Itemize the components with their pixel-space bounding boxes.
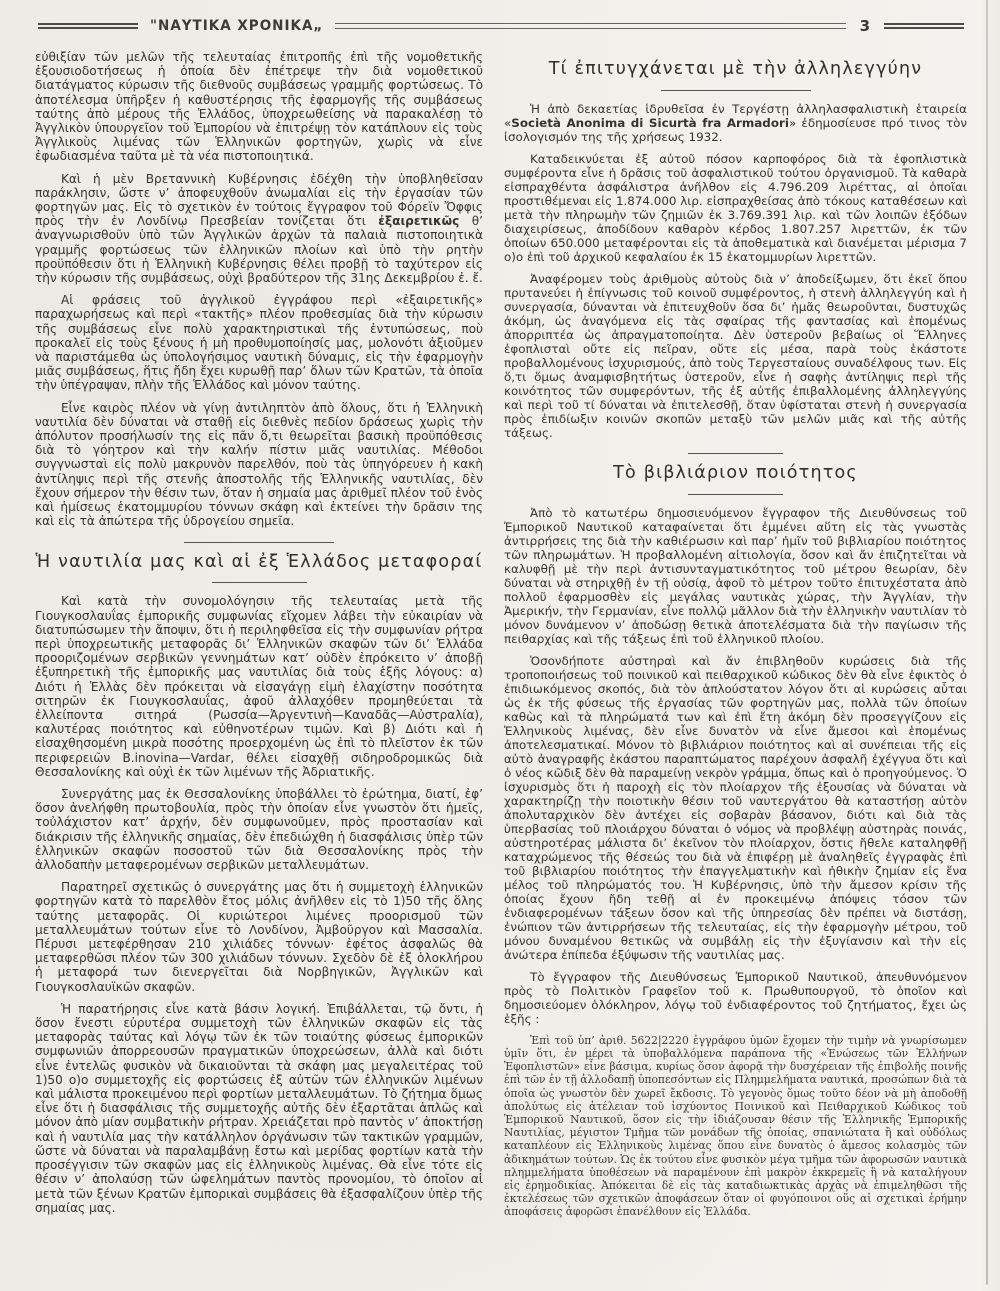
- title-rule-bottom: [212, 582, 307, 583]
- title-rule-bottom: [661, 90, 811, 91]
- paragraph: Τὸ ἔγγραφον τῆς Διευθύνσεως Ἐμπορικοῦ Να…: [504, 970, 967, 1026]
- paragraph: Ἡ παρατήρησις εἶνε κατὰ βάσιν λογική. Ἐπ…: [35, 1002, 483, 1215]
- paragraph: Καὶ κατὰ τὴν συνομολόγησιν τῆς τελευταία…: [35, 594, 483, 779]
- quoted-document: Ἐπὶ τοῦ ὑπ’ ἀριθ. 5622|2220 ἐγγράφου ὑμῶ…: [504, 1034, 967, 1219]
- title-rule-bottom: [688, 494, 783, 495]
- page-header: "ΝΑΥΤΙΚΑ ΧΡΟΝΙΚΑ„ 3: [38, 17, 964, 35]
- paragraph: Καταδεικνύεται ἐξ αὐτοῦ πόσον καρποφόρος…: [504, 152, 967, 264]
- masthead-title: "ΝΑΥΤΙΚΑ ΧΡΟΝΙΚΑ„: [150, 18, 323, 35]
- header-rule-right: [884, 23, 964, 29]
- paragraph: εὐθιξίαν τῶν μελῶν τῆς τελευταίας ἐπιτρο…: [35, 50, 483, 164]
- article-title: Τὸ βιβλιάριον ποιότητος: [504, 463, 967, 485]
- article-title-block: Τί ἐπιτυγχάνεται μὲ τὴν ἀλληλεγγύην: [504, 59, 967, 91]
- paragraph: Καὶ ἡ μὲν Βρεταννικὴ Κυβέρνησις ἐδέχθη τ…: [35, 172, 483, 286]
- paragraph: Εἶνε καιρὸς πλέον νὰ γίνῃ ἀντιληπτὸν ἀπὸ…: [35, 401, 483, 529]
- page-edge-shadow: [986, 0, 988, 1285]
- article-title: Ἡ ναυτιλία μας καὶ αἱ ἐξ Ἑλλάδος μεταφορ…: [35, 552, 483, 574]
- company-name: Società Anonima di Sicurtà fra Armadori: [511, 116, 789, 130]
- header-rule-middle: [335, 23, 845, 29]
- left-column: εὐθιξίαν τῶν μελῶν τῆς τελευταίας ἐπιτρο…: [35, 50, 483, 1263]
- article-title: Τί ἐπιτυγχάνεται μὲ τὴν ἀλληλεγγύην: [504, 59, 967, 81]
- paragraph: Αἱ φράσεις τοῦ ἀγγλικοῦ ἐγγράφου περὶ «ἐ…: [35, 293, 483, 392]
- right-column: Τί ἐπιτυγχάνεται μὲ τὴν ἀλληλεγγύην Ἡ ἀπ…: [504, 50, 967, 1263]
- scanned-page: "ΝΑΥΤΙΚΑ ΧΡΟΝΙΚΑ„ 3 εὐθιξίαν τῶν μελῶν τ…: [0, 0, 1000, 1291]
- paragraph: Ὁσονδήποτε αὐστηραὶ καὶ ἄν ἐπιβληθοῦν κυ…: [504, 654, 967, 962]
- paragraph: Παρατηρεῖ σχετικῶς ὁ συνεργάτης μας ὅτι …: [35, 880, 483, 994]
- header-rule-left: [38, 23, 138, 29]
- paragraph: Ἀναφέρομεν τοὺς ἀριθμοὺς αὐτοὺς διὰ ν’ ἀ…: [504, 272, 967, 440]
- emphasized-word: ἐξαιρετικῶς: [378, 214, 459, 228]
- title-rule-top: [688, 453, 783, 454]
- article-title-block: Ἡ ναυτιλία μας καὶ αἱ ἐξ Ἑλλάδος μεταφορ…: [35, 542, 483, 584]
- page-number: 3: [858, 17, 872, 35]
- title-rule-top: [184, 542, 334, 543]
- paragraph: Συνεργάτης μας ἐκ Θεσσαλονίκης ὑποβάλλει…: [35, 787, 483, 872]
- article-title-block: Τὸ βιβλιάριον ποιότητος: [504, 453, 967, 495]
- paragraph: Ἡ ἀπὸ δεκαετίας ἱδρυθεῖσα ἐν Τεργέστῃ ἀλ…: [504, 102, 967, 144]
- paragraph: Ἀπὸ τὸ κατωτέρω δημοσιευόμενον ἔγγραφον …: [504, 506, 967, 646]
